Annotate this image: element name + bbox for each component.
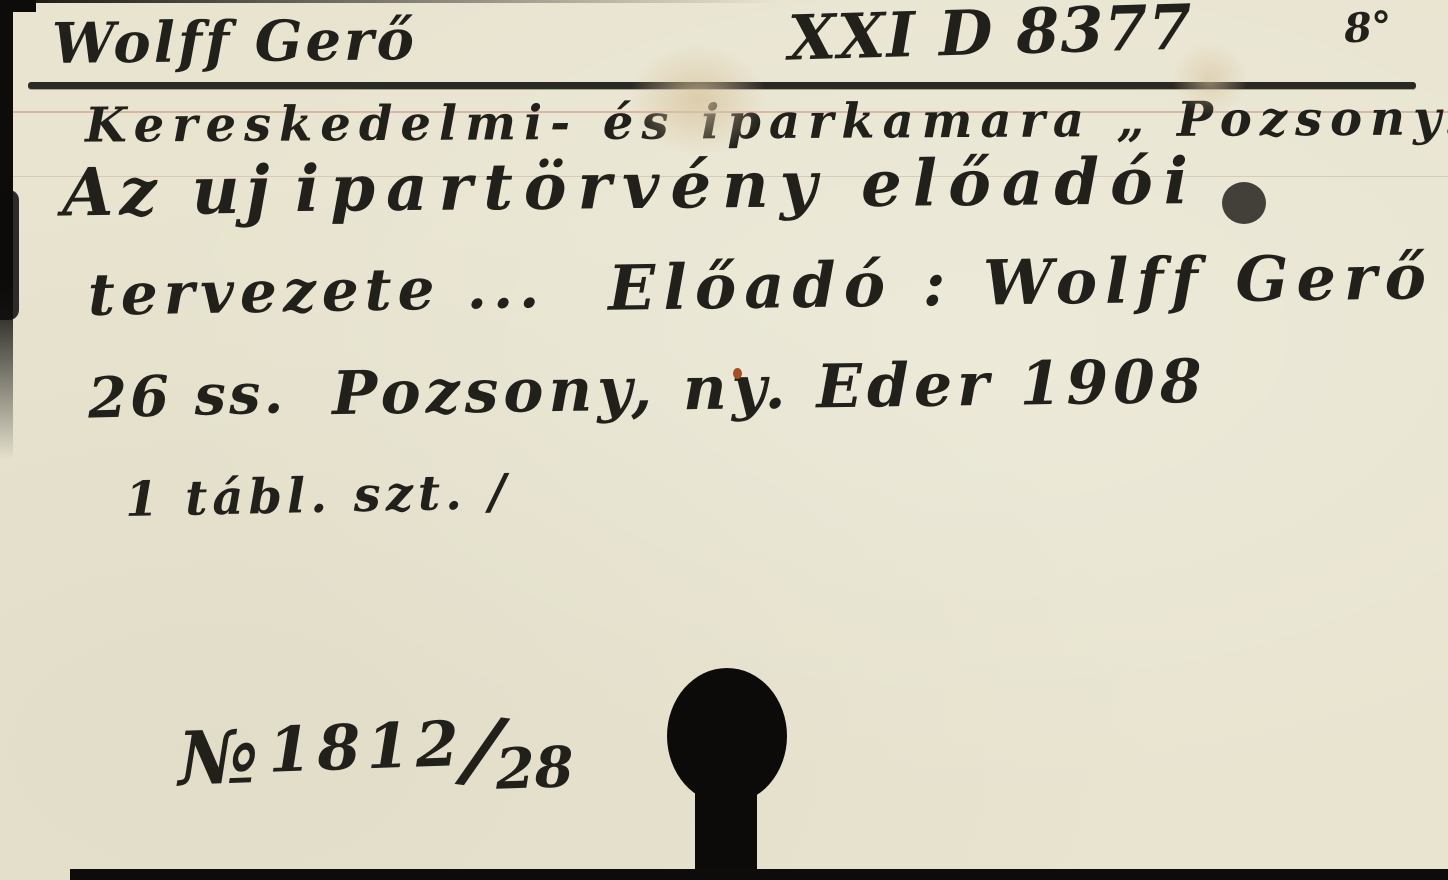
- hole-punch-slot: [695, 748, 757, 880]
- scan-edge-bottom: [70, 869, 1448, 880]
- header-rule: [28, 82, 1416, 89]
- title-line-2b: ipartörvény előadói: [295, 150, 1200, 222]
- accession-number: № 1812 / 28: [177, 709, 575, 803]
- collation-note: 1 tábl. szt. /: [125, 468, 512, 524]
- statement-of-responsibility: Előadó : Wolff Gerő: [608, 246, 1435, 320]
- pagination: 26 ss.: [87, 365, 286, 426]
- scan-edge-top: [0, 0, 780, 3]
- scan-edge-left-bump: [0, 190, 19, 320]
- call-number: XXI D 8377: [787, 0, 1193, 70]
- accession-number-value: 1812: [267, 713, 466, 782]
- accession-year-suffix: 28: [495, 739, 575, 798]
- catalog-card-scan: Wolff Gerő XXI D 8377 8° Kereskedelmi- é…: [0, 0, 1448, 880]
- accession-ledger-symbol: №: [177, 720, 260, 797]
- title-line-corporate-author: Kereskedelmi- és iparkamara „ Pozsony.: [85, 94, 1448, 149]
- title-line-2a: Az uj: [62, 157, 276, 226]
- format-size: 8°: [1343, 6, 1394, 49]
- title-line-3: tervezete ...: [88, 258, 546, 324]
- ink-blot: [1222, 182, 1266, 224]
- author-heading: Wolff Gerő: [52, 12, 418, 72]
- scan-edge-top-left-corner: [0, 0, 36, 12]
- imprint-line: Pozsony, ny. Eder 1908: [332, 352, 1207, 424]
